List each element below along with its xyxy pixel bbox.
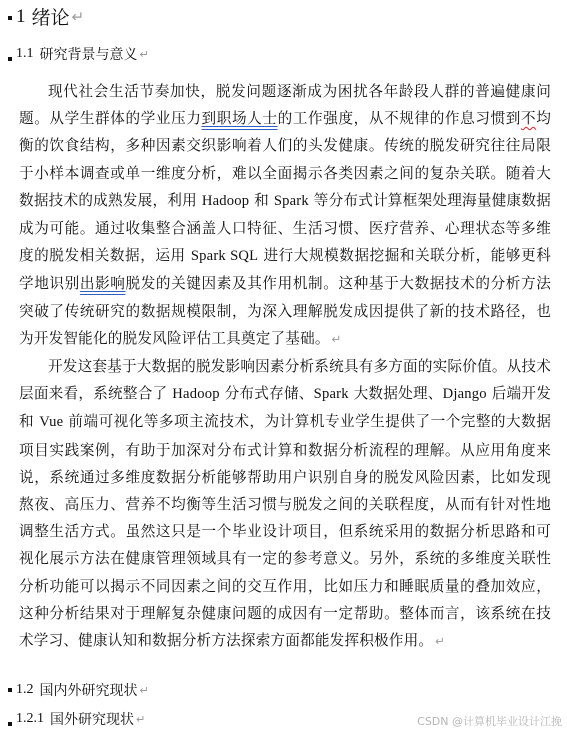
heading-title: 国内外研究现状: [40, 680, 138, 700]
paragraph-significance[interactable]: 开发这套基于大数据的脱发影响因素分析系统具有多方面的实际价值。从技术层面来看，系…: [19, 353, 551, 655]
paragraph-mark-icon: ↵: [140, 48, 149, 61]
heading-1-2[interactable]: 1.2 国内外研究现状 ↵: [8, 680, 149, 700]
latin-term: Hadoop: [172, 386, 219, 402]
latin-term: Spark SQL: [191, 248, 258, 264]
watermark: CSDN @计算机毕业设计江挽: [417, 713, 562, 729]
latin-term: Vue: [39, 414, 63, 430]
document-page: 1 绪论 ↵ 1.1 研究背景与意义 ↵ 现代社会生活节奏加快，脱发问题逐渐成为…: [0, 0, 567, 735]
paragraph-background[interactable]: 现代社会生活节奏加快，脱发问题逐渐成为困扰各年龄段人群的普遍健康问题。从学生群体…: [19, 78, 551, 353]
latin-term: Django: [443, 386, 487, 402]
heading-bullet-icon: [8, 722, 12, 726]
grammar-flag-text[interactable]: 到职场人士: [202, 110, 278, 127]
heading-bullet-icon: [8, 57, 12, 61]
text-run: 分布式存储、: [220, 385, 314, 402]
heading-title: 国外研究现状: [50, 709, 134, 729]
text-run: 和: [249, 192, 274, 209]
latin-term: Hadoop: [202, 193, 249, 209]
paragraph-mark-icon: ↵: [72, 8, 85, 26]
heading-1-1[interactable]: 1.1 研究背景与意义 ↵: [8, 44, 149, 64]
heading-number: 1.2.1: [16, 711, 44, 727]
heading-bullet-icon: [8, 16, 12, 20]
heading-1[interactable]: 1 绪论 ↵: [8, 3, 84, 30]
heading-number: 1: [16, 6, 26, 28]
heading-number: 1.1: [16, 46, 34, 62]
heading-1-2-1[interactable]: 1.2.1 国外研究现状 ↵: [8, 709, 145, 729]
paragraph-mark-icon: ↵: [435, 634, 445, 648]
spelling-flag-text[interactable]: 不: [521, 110, 536, 127]
paragraph-mark-icon: ↵: [332, 332, 342, 346]
text-run: 大数据处理、: [349, 385, 443, 402]
heading-title: 绪论: [32, 3, 70, 30]
latin-term: Spark: [314, 386, 349, 402]
paragraph-mark-icon: ↵: [136, 713, 145, 726]
text-run: 的工作强度，从不规律的作息习惯到: [278, 110, 521, 127]
heading-bullet-icon: [8, 688, 12, 692]
document-body[interactable]: 现代社会生活节奏加快，脱发问题逐渐成为困扰各年龄段人群的普遍健康问题。从学生群体…: [19, 78, 551, 655]
latin-term: Spark: [274, 193, 309, 209]
paragraph-mark-icon: ↵: [140, 684, 149, 697]
heading-title: 研究背景与意义: [40, 44, 138, 64]
heading-number: 1.2: [16, 682, 34, 698]
grammar-flag-text[interactable]: 出影响: [80, 275, 126, 292]
text-run: 前端可视化等多项主流技术，为计算机专业学生提供了一个完整的大数据项目实践案例，有…: [19, 413, 551, 649]
